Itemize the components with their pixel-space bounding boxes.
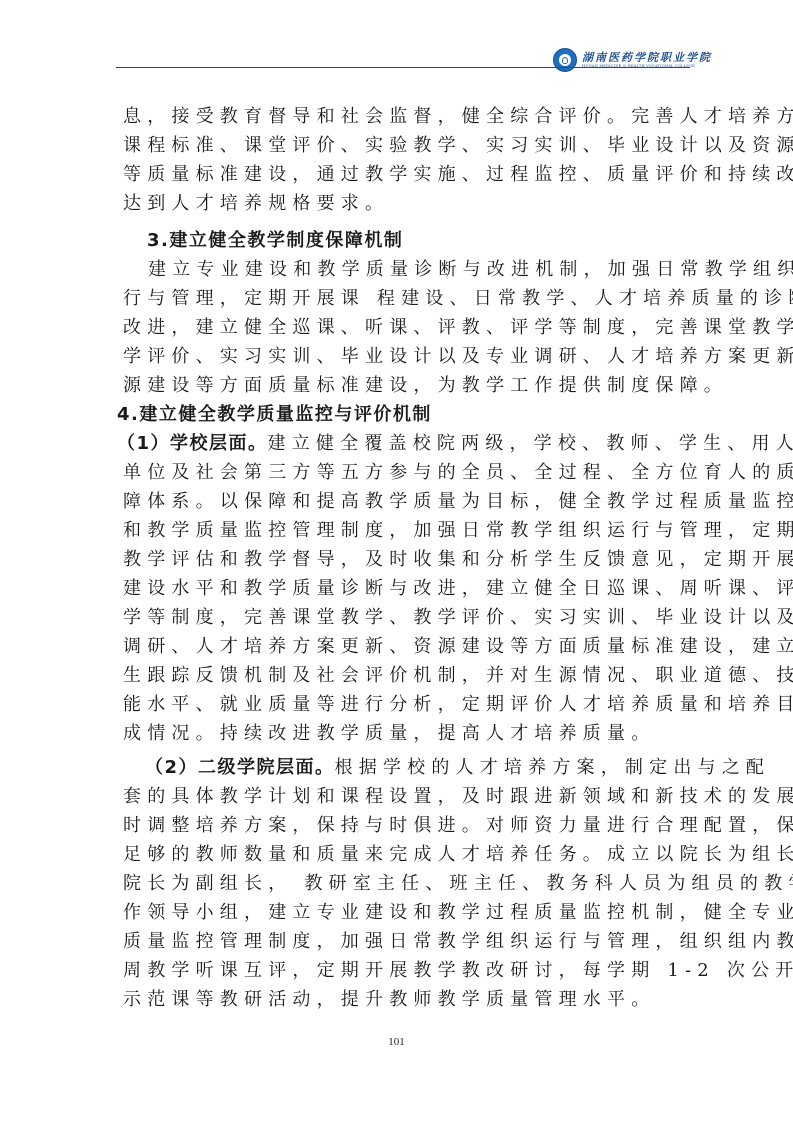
text-line: 行与管理，定期开展课 程建设、日常教学、人才培养质量的诊断与 <box>123 284 793 313</box>
text-line: 改进，建立健全巡课、听课、评教、评学等制度，完善课堂教学、教 <box>123 313 793 342</box>
text-line: 单位及社会第三方等五方参与的全员、全过程、全方位育人的质量保 <box>123 458 793 487</box>
text-run: 建立健全覆盖校院两级，学校、教师、学生、用人 <box>268 433 793 454</box>
text-line: 能水平、就业质量等进行分析，定期评价人才培养质量和培养目标达 <box>123 690 793 719</box>
text-line: 和教学质量监控管理制度，加强日常教学组织运行与管理，定期开展 <box>123 516 793 545</box>
text-line: 源建设等方面质量标准建设，为教学工作提供制度保障。 <box>123 371 728 400</box>
college-emblem-icon <box>553 48 577 72</box>
text-line: 课程标准、课堂评价、实验教学、实习实训、毕业设计以及资源建设 <box>123 131 793 160</box>
header-divider <box>116 67 690 68</box>
text-line: 建立专业建设和教学质量诊断与改进机制，加强日常教学组织运 <box>148 255 793 284</box>
text-line: 调研、人才培养方案更新、资源建设等方面质量标准建设，建立毕业 <box>123 632 793 661</box>
subsection-college-level: （2）二级学院层面。根据学校的人才培养方案，制定出与之配 <box>145 753 770 782</box>
page-number: 101 <box>0 1036 793 1048</box>
text-run: 根据学校的人才培养方案，制定出与之配 <box>335 757 771 778</box>
subsection-school-level: （1）学校层面。建立健全覆盖校院两级，学校、教师、学生、用人 <box>117 429 793 458</box>
text-line: 院长为副组长， 教研室主任、班主任、教务科人员为组员的教学工 <box>123 869 793 898</box>
text-line: 周教学听课互评，定期开展教学教改研讨，每学期 1-2 次公开课、 <box>123 956 793 985</box>
text-line: 足够的教师数量和质量来完成人才培养任务。成立以院长为组长，副 <box>123 840 793 869</box>
text-line: 障体系。以保障和提高教学质量为目标，健全教学过程质量监控机制 <box>123 487 793 516</box>
text-line: 作领导小组，建立专业建设和教学过程质量监控机制，健全专业教学 <box>123 898 793 927</box>
subsection-label: （1）学校层面。 <box>117 433 268 454</box>
text-line: 等质量标准建设，通过教学实施、过程监控、质量评价和持续改进， <box>123 160 793 189</box>
text-line: 学评价、实习实训、毕业设计以及专业调研、人才培养方案更新、资 <box>123 342 793 371</box>
text-line: 套的具体教学计划和课程设置，及时跟进新领域和新技术的发展，及 <box>123 782 793 811</box>
text-line: 生跟踪反馈机制及社会评价机制，并对生源情况、职业道德、技术技 <box>123 661 793 690</box>
text-line: 成情况。持续改进教学质量，提高人才培养质量。 <box>123 719 655 748</box>
logo-chinese-name: 湖南医药学院职业学院 <box>582 52 712 63</box>
text-line: 教学评估和教学督导，及时收集和分析学生反馈意见，定期开展课程 <box>123 545 793 574</box>
text-line: 质量监控管理制度，加强日常教学组织运行与管理，组织组内教师每 <box>123 927 793 956</box>
subsection-label: （2）二级学院层面。 <box>145 757 335 778</box>
text-line: 学等制度，完善课堂教学、教学评价、实习实训、毕业设计以及专业 <box>123 603 793 632</box>
text-line: 建设水平和教学质量诊断与改进，建立健全日巡课、周听课、评教评 <box>123 574 793 603</box>
college-logo: 湖南医药学院职业学院 HUNAN MEDICINE & HEALTH VOCAT… <box>553 47 712 73</box>
text-line: 示范课等教研活动，提升教师教学质量管理水平。 <box>123 985 655 1014</box>
text-line: 时调整培养方案，保持与时俱进。对师资力量进行合理配置，保证有 <box>123 811 793 840</box>
text-line: 息，接受教育督导和社会监督，健全综合评价。完善人才培养方案、 <box>123 102 793 131</box>
text-line: 达到人才培养规格要求。 <box>123 189 389 218</box>
section-heading-3: 3.建立健全教学制度保障机制 <box>147 226 403 255</box>
section-heading-4: 4.建立健全教学质量监控与评价机制 <box>117 400 432 429</box>
